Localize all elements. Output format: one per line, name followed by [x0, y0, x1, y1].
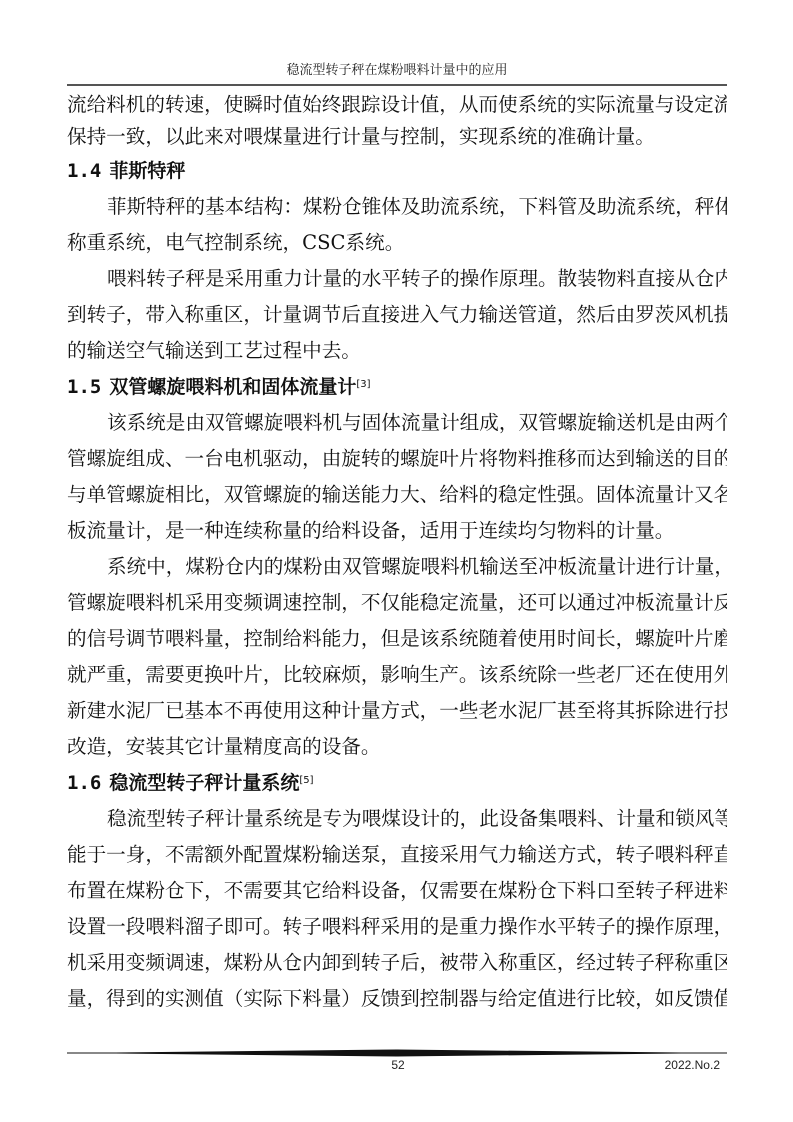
text-line: 板流量计，是一种连续称量的给料设备，适用于连续均匀物料的计量。	[67, 513, 727, 549]
text-line: 量，得到的实测值（实际下料量）反馈到控制器与给定值进行比较，如反馈值偏	[67, 981, 727, 1017]
section-number: 1.5	[67, 376, 101, 398]
page-body: 流给料机的转速，使瞬时值始终跟踪设计值，从而使系统的实际流量与设定流量 保持一致…	[67, 89, 727, 1017]
text-line: 保持一致，以此来对喂煤量进行计量与控制，实现系统的准确计量。	[67, 121, 727, 153]
issue-label: 2022.No.2	[640, 1058, 720, 1072]
text-line: 到转子，带入称重区，计量调节后直接进入气力输送管道，然后由罗茨风机提供	[67, 297, 727, 333]
section-title: 双管螺旋喂料机和固体流量计	[109, 376, 356, 398]
section-heading-1-6: 1.6稳流型转子秤计量系统[5]	[67, 765, 727, 801]
text-line: 称重系统，电气控制系统，CSC系统。	[67, 225, 727, 261]
section-title: 菲斯特秤	[109, 160, 185, 182]
text-line: 布置在煤粉仓下，不需要其它给料设备，仅需要在煤粉仓下料口至转子秤进料口	[67, 873, 727, 909]
text-line: 机采用变频调速，煤粉从仓内卸到转子后，被带入称重区，经过转子秤称重区计	[67, 945, 727, 981]
running-header: 稳流型转子秤在煤粉喂料计量中的应用	[67, 62, 727, 80]
text-line: 就严重，需要更换叶片，比较麻烦，影响生产。该系统除一些老厂还在使用外，	[67, 657, 727, 693]
section-number: 1.4	[67, 160, 101, 182]
text-line: 新建水泥厂已基本不再使用这种计量方式，一些老水泥厂甚至将其拆除进行技术	[67, 693, 727, 729]
text-line: 管螺旋喂料机采用变频调速控制，不仅能稳定流量，还可以通过冲板流量计反馈	[67, 585, 727, 621]
text-line: 菲斯特秤的基本结构：煤粉仓锥体及助流系统，下料管及助流系统，秤体，	[67, 189, 727, 225]
page-number: 52	[386, 1058, 410, 1072]
citation-ref[interactable]: [5]	[299, 775, 313, 786]
text-line: 能于一身，不需额外配置煤粉输送泵，直接采用气力输送方式，转子喂料秤直接	[67, 837, 727, 873]
citation-ref[interactable]: [3]	[356, 379, 370, 390]
text-line: 稳流型转子秤计量系统是专为喂煤设计的，此设备集喂料、计量和锁风等功	[67, 801, 727, 837]
text-line: 该系统是由双管螺旋喂料机与固体流量计组成，双管螺旋输送机是由两个单	[67, 405, 727, 441]
text-line: 的输送空气输送到工艺过程中去。	[67, 333, 727, 369]
text-line: 喂料转子秤是采用重力计量的水平转子的操作原理。散装物料直接从仓内卸	[67, 261, 727, 297]
footer-rule	[67, 1049, 727, 1057]
section-number: 1.6	[67, 772, 101, 794]
section-title: 稳流型转子秤计量系统	[109, 772, 299, 794]
text-line: 改造，安装其它计量精度高的设备。	[67, 729, 727, 765]
section-heading-1-4: 1.4菲斯特秤	[67, 153, 727, 189]
text-line: 的信号调节喂料量，控制给料能力，但是该系统随着使用时间长，螺旋叶片磨损	[67, 621, 727, 657]
text-line: 设置一段喂料溜子即可。转子喂料秤采用的是重力操作水平转子的操作原理，电	[67, 909, 727, 945]
text-line: 与单管螺旋相比，双管螺旋的输送能力大、给料的稳定性强。固体流量计又名冲	[67, 477, 727, 513]
section-heading-1-5: 1.5双管螺旋喂料机和固体流量计[3]	[67, 369, 727, 405]
text-line: 系统中，煤粉仓内的煤粉由双管螺旋喂料机输送至冲板流量计进行计量，双	[67, 549, 727, 585]
text-line: 管螺旋组成、一台电机驱动，由旋转的螺旋叶片将物料推移而达到输送的目的。	[67, 441, 727, 477]
header-rule	[67, 84, 727, 86]
text-line: 流给料机的转速，使瞬时值始终跟踪设计值，从而使系统的实际流量与设定流量	[67, 89, 727, 121]
